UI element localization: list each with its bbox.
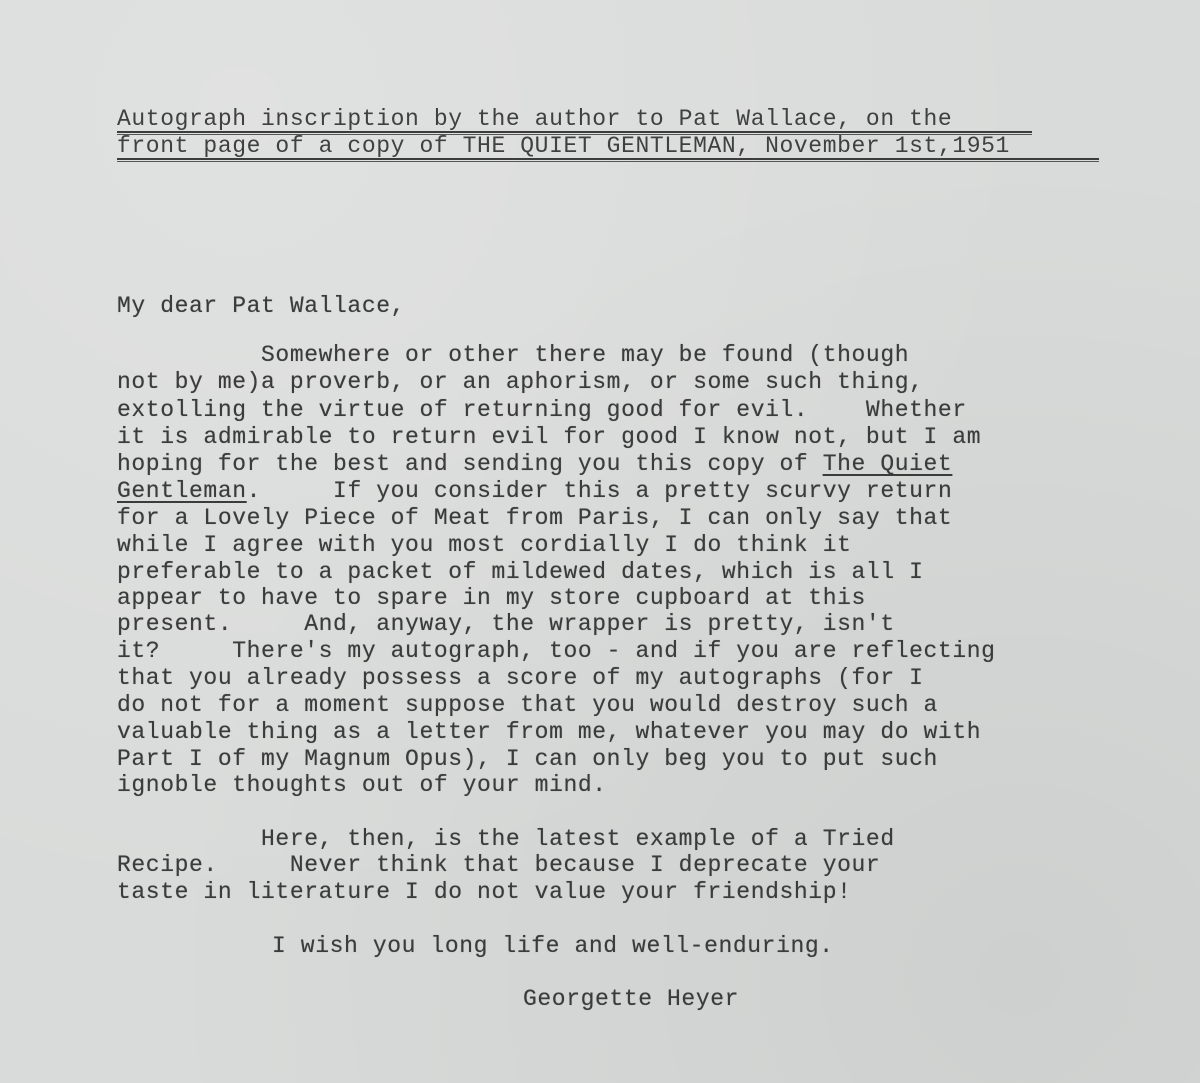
salutation: My dear Pat Wallace, — [117, 293, 405, 319]
paragraph-line: appear to have to spare in my store cupb… — [117, 585, 866, 611]
paragraph-line: Gentleman. If you consider this a pretty… — [117, 478, 952, 504]
paragraph-line: ignoble thoughts out of your mind. — [117, 772, 607, 798]
heading-underline-2 — [117, 158, 1099, 162]
book-title: Gentleman — [117, 478, 247, 504]
paragraph-line: not by me)a proverb, or an aphorism, or … — [117, 369, 924, 395]
paragraph-text: If you consider this a pretty scurvy ret… — [333, 478, 952, 504]
paragraph-line: Here, then, is the latest example of a T… — [117, 826, 895, 852]
letter-page: Autograph inscription by the author to P… — [0, 0, 1200, 1083]
paragraph-line: present. And, anyway, the wrapper is pre… — [117, 611, 895, 637]
paragraph-text: hoping for the best and sending you this… — [117, 451, 823, 477]
signature: Georgette Heyer — [523, 986, 739, 1012]
paragraph-line: do not for a moment suppose that you wou… — [117, 692, 938, 718]
paragraph-line: valuable thing as a letter from me, what… — [117, 719, 981, 745]
paragraph-line: Somewhere or other there may be found (t… — [117, 342, 909, 368]
paragraph-line: extolling the virtue of returning good f… — [117, 397, 967, 423]
paragraph-line: Recipe. Never think that because I depre… — [117, 852, 880, 878]
paragraph-line: while I agree with you most cordially I … — [117, 532, 852, 558]
paragraph-line: hoping for the best and sending you this… — [117, 451, 952, 477]
heading-line-1: Autograph inscription by the author to P… — [117, 106, 952, 132]
closing: I wish you long life and well-enduring. — [272, 933, 834, 959]
paragraph-line: preferable to a packet of mildewed dates… — [117, 559, 924, 585]
book-title: The Quiet — [823, 451, 953, 477]
paragraph-line: for a Lovely Piece of Meat from Paris, I… — [117, 505, 952, 531]
heading-line-2: front page of a copy of THE QUIET GENTLE… — [117, 133, 1010, 159]
paragraph-line: Part I of my Magnum Opus), I can only be… — [117, 746, 938, 772]
paragraph-text: . — [247, 478, 261, 504]
paragraph-line: that you already possess a score of my a… — [117, 665, 924, 691]
paragraph-line: taste in literature I do not value your … — [117, 879, 852, 905]
paragraph-line: it? There's my autograph, too - and if y… — [117, 638, 996, 664]
paragraph-line: it is admirable to return evil for good … — [117, 424, 981, 450]
